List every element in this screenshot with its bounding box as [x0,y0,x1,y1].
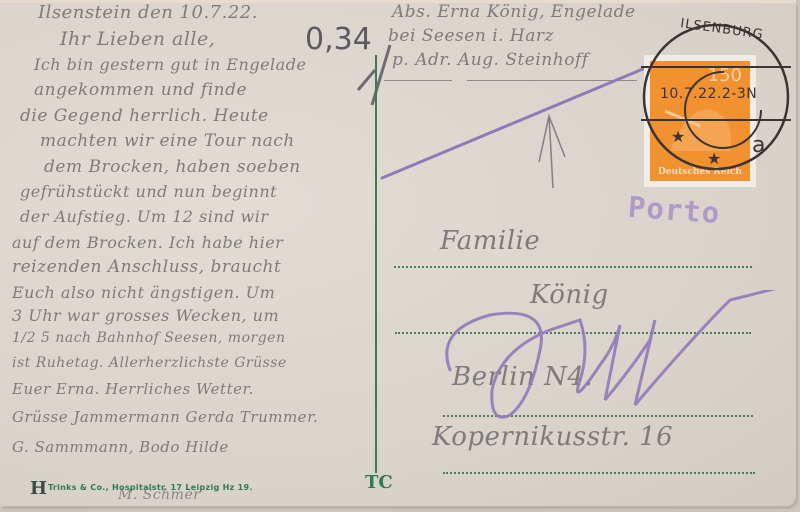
pencil-arrow-mark [535,112,575,192]
message-line: der Aufstieg. Um 12 sind wir [20,207,268,226]
pencil-mark: H [30,478,48,499]
message-line: ist Ruhetag. Allerherzlichste Grüsse [12,355,287,371]
message-line: dem Brocken, haben soeben [44,157,301,177]
message-line: G. Sammmann, Bodo Hilde [12,438,229,456]
message-line: 3 Uhr war grosses Wecken, um [12,306,279,325]
message-line: Ich bin gestern gut in Engelade [34,55,306,74]
violet-handwritten-annotation [430,290,800,430]
svg-text:★: ★ [707,149,721,168]
postmark-suffix: a [752,133,765,158]
porto-stamp: Porto [627,190,721,230]
violet-strike-line [380,60,660,185]
address-dotted-line [394,266,752,268]
message-line: reizenden Anschluss, braucht [12,257,281,277]
sender-line: bei Seesen i. Harz [388,26,554,46]
message-heading: Ilsenstein den 10.7.22. [38,2,258,23]
center-divider [375,55,377,473]
postmark-date: 10.7.22.2-3N [660,86,757,102]
postcard-back: Ilsenstein den 10.7.22. Ihr Lieben alle,… [0,0,796,506]
message-line: Grüsse Jammermann Gerda Trummer. [12,408,318,426]
message-line: Euch also nicht ängstigen. Um [12,283,275,302]
message-line: 1/2 5 nach Bahnhof Seesen, morgen [12,330,285,346]
message-line: die Gegend herrlich. Heute [20,106,269,126]
message-line: angekommen und finde [34,80,247,100]
message-salutation: Ihr Lieben alle, [60,28,215,50]
message-line: machten wir eine Tour nach [40,131,295,151]
message-line: gefrühstückt und nun beginnt [20,182,277,201]
publisher-logo: TC [365,472,393,493]
message-line: auf dem Brocken. Ich habe hier [12,233,283,252]
sender-line: Abs. Erna König, Engelade [392,2,636,22]
svg-text:★: ★ [671,127,685,146]
message-line: Euer Erna. Herrliches Wetter. [12,380,254,398]
address-dotted-line [443,472,755,474]
recipient-line-1: Familie [440,226,540,256]
publisher-imprint: Trinks & Co., Hospitalstr. 17 Leipzig Hz… [48,483,253,492]
